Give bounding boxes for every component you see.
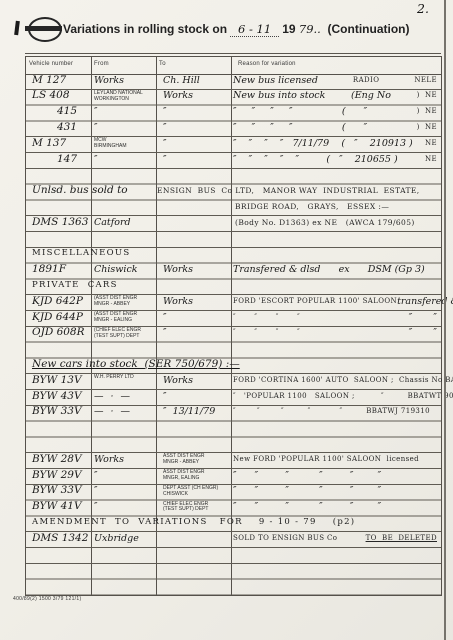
- reason-text: ″ ″ ″ ″ ″ ″: [233, 483, 381, 499]
- vehicle-number-cell: 147: [25, 152, 90, 168]
- table-row: PRIVATE CARS: [25, 278, 440, 294]
- to-cell: CHIEF ELEC ENGR (TEST SUPT) DEPT: [155, 499, 230, 515]
- from-cell: (ASST DIST ENGR MNGR - ABBEY: [90, 294, 155, 310]
- reason-note: TO BE DELETED: [366, 531, 437, 547]
- section-heading: MISCELLANEOUS: [25, 246, 90, 262]
- table-row: M 137 MCW BIRMINGHAM ″ ″ ″ ″ ″ 7/11/79 (…: [25, 136, 440, 152]
- amendment-heading: AMENDMENT TO VARIATIONS FOR 9 - 10 - 79 …: [25, 515, 90, 531]
- to-cell: ″: [155, 104, 230, 120]
- vehicle-number-cell: OJD 608R: [25, 325, 90, 341]
- col-header-from: From: [94, 61, 109, 67]
- reason-text: Transfered & dlsd ex DSM (Gp 3): [233, 262, 425, 278]
- table-row: 431 ″ ″ ″ ″ ″ ″ ( ″ ) NE: [25, 120, 440, 136]
- reason-cell: ″ ″ ″ ″ ″ BBATWJ 719310: [230, 404, 440, 420]
- reason-cell: FORD 'CORTINA 1600' AUTO SALOON ; Chassi…: [230, 373, 440, 389]
- reason-tag: ) NE: [417, 120, 437, 136]
- roundel-logo-icon: [28, 17, 62, 42]
- table-row: DMS 1363 Catford (Body No. D1363) ex NE …: [25, 215, 440, 231]
- to-cell: ″: [155, 120, 230, 136]
- from-cell: Works: [90, 73, 155, 89]
- vehicle-number-cell: DMS 1342: [25, 531, 90, 547]
- to-cell: ASST DIST ENGR MNGR - ABBEY: [155, 452, 230, 468]
- section-heading: PRIVATE CARS: [25, 278, 90, 294]
- reason-note: (Eng No: [351, 88, 391, 104]
- vehicle-number-cell: BYW 28V: [25, 452, 90, 468]
- vehicle-number-cell: BYW 29V: [25, 468, 90, 484]
- reason-note: ( ″ 210655 ): [326, 152, 397, 168]
- to-cell: ″: [155, 325, 230, 341]
- vehicle-number-cell: M 127: [25, 73, 90, 89]
- from-cell: — · —: [90, 404, 155, 420]
- sold-to-line-1: ENSIGN BUS Co LTD, MANOR WAY INDUSTRIAL …: [157, 183, 420, 199]
- table-row: KJD 644P (ASST DIST ENGR MNGR - EALING ″…: [25, 310, 440, 326]
- vehicle-number-cell: DMS 1363: [25, 215, 90, 231]
- table-row: LS 408 LEYLAND NATIONAL WORKINGTON Works…: [25, 88, 440, 104]
- table-row: 1891F Chiswick Works Transfered & dlsd e…: [25, 262, 440, 278]
- year-printed: 19: [282, 22, 295, 36]
- reason-text: ″ ″ ″ ″: [233, 120, 293, 136]
- reason-cell: ″ ″ ″ ″ ″ ″: [230, 499, 440, 515]
- reason-cell: Transfered & dlsd ex DSM (Gp 3): [230, 262, 440, 278]
- reason-cell: ″ ″ ″ ″ ″ ( ″ 210655 ) NE: [230, 152, 440, 168]
- reason-tag: NE: [425, 152, 437, 168]
- to-cell: Works: [155, 294, 230, 310]
- to-cell: DEPT ASST (CH ENGR) CHISWICK: [155, 483, 230, 499]
- vehicle-number-cell: KJD 642P: [25, 294, 90, 310]
- from-cell: Catford: [90, 215, 155, 231]
- from-cell: Works: [90, 452, 155, 468]
- reason-tag: NE: [425, 136, 437, 152]
- roundel-bar: [25, 26, 62, 31]
- table-row: New cars into stock (SER 750/679) :—: [25, 357, 440, 373]
- to-cell: ″ 13/11/79: [155, 404, 230, 420]
- reason-cell: ″ 'POPULAR 1100 SALOON ; ″ BBATWT 906070: [230, 389, 440, 405]
- table-row: KJD 642P (ASST DIST ENGR MNGR - ABBEY Wo…: [25, 294, 440, 310]
- col-header-vehicle: Vehicle number: [29, 61, 73, 67]
- vehicle-number-cell: LS 408: [25, 88, 90, 104]
- from-cell: ″: [90, 468, 155, 484]
- reason-tag: ) NE: [417, 88, 437, 104]
- to-cell: Works: [155, 88, 230, 104]
- table-row: DMS 1342 Uxbridge SOLD TO ENSIGN BUS Co …: [25, 531, 440, 547]
- from-cell: (CHIEF ELEC ENGR (TEST SUPT) DEPT: [90, 325, 155, 341]
- reason-cell: ″ ″ ″ ″ ″ ″: [230, 483, 440, 499]
- from-cell: Uxbridge: [90, 531, 155, 547]
- table-row: BYW 33V — · — ″ 13/11/79 ″ ″ ″ ″ ″ BBATW…: [25, 404, 440, 420]
- page-number: 2.: [417, 1, 429, 16]
- date-handwritten: 6 - 11: [238, 22, 271, 36]
- from-cell: W.H. PERRY LTD: [90, 373, 155, 389]
- reason-text: ″ ″ ″ ″ ″ ″: [233, 499, 381, 515]
- table-row: BYW 41V ″ CHIEF ELEC ENGR (TEST SUPT) DE…: [25, 499, 440, 515]
- table-row: M 127 Works Ch. Hill New bus licensed RA…: [25, 73, 440, 89]
- from-cell: — · —: [90, 389, 155, 405]
- reason-note: ( ″: [342, 104, 367, 120]
- reason-text: ″ ″ ″ ″: [233, 104, 293, 120]
- table-row: AMENDMENT TO VARIATIONS FOR 9 - 10 - 79 …: [25, 515, 440, 531]
- col-header-reason: Reason for variation: [238, 61, 296, 67]
- reason-note: ( ″ 210913 ): [341, 136, 412, 152]
- reason-tag: NELE: [414, 73, 437, 89]
- reason-text: FORD 'CORTINA 1600' AUTO SALOON ; Chassi…: [233, 373, 453, 389]
- to-cell: ″: [155, 310, 230, 326]
- from-cell: ″: [90, 104, 155, 120]
- to-cell: Works: [155, 373, 230, 389]
- form-reference-code: 400/89(2) 1500 3/79 121/1): [13, 596, 81, 602]
- vehicle-number-cell: M 137: [25, 136, 90, 152]
- from-cell: ″: [90, 152, 155, 168]
- reason-cell: ″ ″ ″ ″ ( ″ ) NE: [230, 120, 440, 136]
- col-header-to: To: [159, 61, 166, 67]
- title-prefix: Variations in rolling stock on: [63, 22, 227, 36]
- table-row: 147 ″ ″ ″ ″ ″ ″ ″ ( ″ 210655 ) NE: [25, 152, 440, 168]
- reason-cell: ″ ″ ″ ″ ″ ″: [230, 468, 440, 484]
- vehicle-number-cell: 431: [25, 120, 90, 136]
- reason-note: ″ ″: [409, 325, 437, 341]
- reason-note: RADIO: [353, 73, 379, 89]
- table-row: 415 ″ ″ ″ ″ ″ ″ ( ″ ) NE: [25, 104, 440, 120]
- reason-text: New bus into stock: [233, 88, 325, 104]
- reason-text: ″ ″ ″ ″ ″ ″: [233, 468, 381, 484]
- year-handwritten: 79..: [299, 22, 321, 36]
- reason-text: SOLD TO ENSIGN BUS Co: [233, 531, 337, 547]
- reason-note: ″ ″: [409, 310, 437, 326]
- table-row: OJD 608R (CHIEF ELEC ENGR (TEST SUPT) DE…: [25, 325, 440, 341]
- reason-cell: New FORD 'POPULAR 1100' SALOON licensed: [230, 452, 440, 468]
- reason-text: FORD 'ESCORT POPULAR 1100' SALOON: [233, 294, 397, 310]
- from-cell: ″: [90, 499, 155, 515]
- to-cell: ″: [155, 136, 230, 152]
- table-row: BYW 33V ″ DEPT ASST (CH ENGR) CHISWICK ″…: [25, 483, 440, 499]
- to-cell: Ch. Hill: [155, 73, 230, 89]
- to-cell: ASST DIST ENGR MNGR, EALING: [155, 468, 230, 484]
- from-cell: (ASST DIST ENGR MNGR - EALING: [90, 310, 155, 326]
- reason-text: ″ ″ ″ ″ ″: [233, 152, 299, 168]
- from-cell: ″: [90, 120, 155, 136]
- scan-artifact: [14, 21, 20, 35]
- vehicle-number-cell: BYW 41V: [25, 499, 90, 515]
- reason-cell: ″ ″ ″ ″ 7/11/79 ( ″ 210913 ) NE: [230, 136, 440, 152]
- date-dotted-line: 6 - 11: [230, 22, 279, 37]
- reason-cell: New bus into stock (Eng No ) NE: [230, 88, 440, 104]
- note-text: Unlsd. bus sold to: [25, 183, 90, 199]
- to-cell: ″: [155, 389, 230, 405]
- vehicle-number-cell: BYW 33V: [25, 483, 90, 499]
- reason-cell: SOLD TO ENSIGN BUS Co TO BE DELETED: [230, 531, 440, 547]
- reason-cell: ″ ″ ″ ″ ″ ″: [230, 310, 440, 326]
- table-row: BRIDGE ROAD, GRAYS, ESSEX :—: [25, 199, 440, 215]
- reason-cell: ″ ″ ″ ″ ( ″ ) NE: [230, 104, 440, 120]
- reason-text: ″ 'POPULAR 1100 SALOON ; ″ BBATWT 906070: [233, 389, 453, 405]
- continuation-label: (Continuation): [328, 22, 410, 36]
- vehicle-number-cell: KJD 644P: [25, 310, 90, 326]
- table-row: BYW 43V — · — ″ ″ 'POPULAR 1100 SALOON ;…: [25, 389, 440, 405]
- table-row: BYW 13V W.H. PERRY LTD Works FORD 'CORTI…: [25, 373, 440, 389]
- reason-text: New FORD 'POPULAR 1100' SALOON licensed: [233, 452, 419, 468]
- reason-text: ″ ″ ″ ″: [233, 310, 300, 326]
- section-heading: New cars into stock (SER 750/679) :—: [25, 357, 90, 373]
- page-edge-line: [444, 0, 446, 640]
- reason-cell: New bus licensed RADIO NELE: [230, 73, 440, 89]
- reason-note: ( ″: [342, 120, 367, 136]
- form-title: Variations in rolling stock on6 - 1119 7…: [63, 22, 410, 37]
- table-row: BYW 29V ″ ASST DIST ENGR MNGR, EALING ″ …: [25, 468, 440, 484]
- table-row: Unlsd. bus sold to ENSIGN BUS Co LTD, MA…: [25, 183, 440, 199]
- reason-text: New bus licensed: [233, 73, 318, 89]
- reason-text: ″ ″ ″ ″: [233, 325, 300, 341]
- to-cell: Works: [155, 262, 230, 278]
- from-cell: LEYLAND NATIONAL WORKINGTON: [90, 88, 155, 104]
- reason-tag: ) NE: [417, 104, 437, 120]
- table-row: MISCELLANEOUS: [25, 246, 440, 262]
- table-top-rule: [25, 53, 441, 54]
- to-cell: ″: [155, 152, 230, 168]
- from-cell: Chiswick: [90, 262, 155, 278]
- table-row: BYW 28V Works ASST DIST ENGR MNGR - ABBE…: [25, 452, 440, 468]
- vehicle-number-cell: BYW 43V: [25, 389, 90, 405]
- from-cell: MCW BIRMINGHAM: [90, 136, 155, 152]
- vehicle-number-cell: BYW 13V: [25, 373, 90, 389]
- body-number-note: (Body No. D1363) ex NE (AWCA 179/605): [235, 215, 415, 231]
- vehicle-number-cell: BYW 33V: [25, 404, 90, 420]
- reason-text: ″ ″ ″ ″ ″ BBATWJ 719310: [233, 404, 430, 420]
- from-cell: ″: [90, 483, 155, 499]
- vehicle-number-cell: 415: [25, 104, 90, 120]
- reason-text: ″ ″ ″ ″ 7/11/79: [233, 136, 329, 152]
- vehicle-number-cell: 1891F: [25, 262, 90, 278]
- reason-cell: FORD 'ESCORT POPULAR 1100' SALOON transf…: [230, 294, 440, 310]
- sold-to-line-2: BRIDGE ROAD, GRAYS, ESSEX :—: [235, 199, 389, 215]
- scanned-form-page: Variations in rolling stock on6 - 1119 7…: [0, 0, 453, 640]
- reason-cell: ″ ″ ″ ″ ″ ″: [230, 325, 440, 341]
